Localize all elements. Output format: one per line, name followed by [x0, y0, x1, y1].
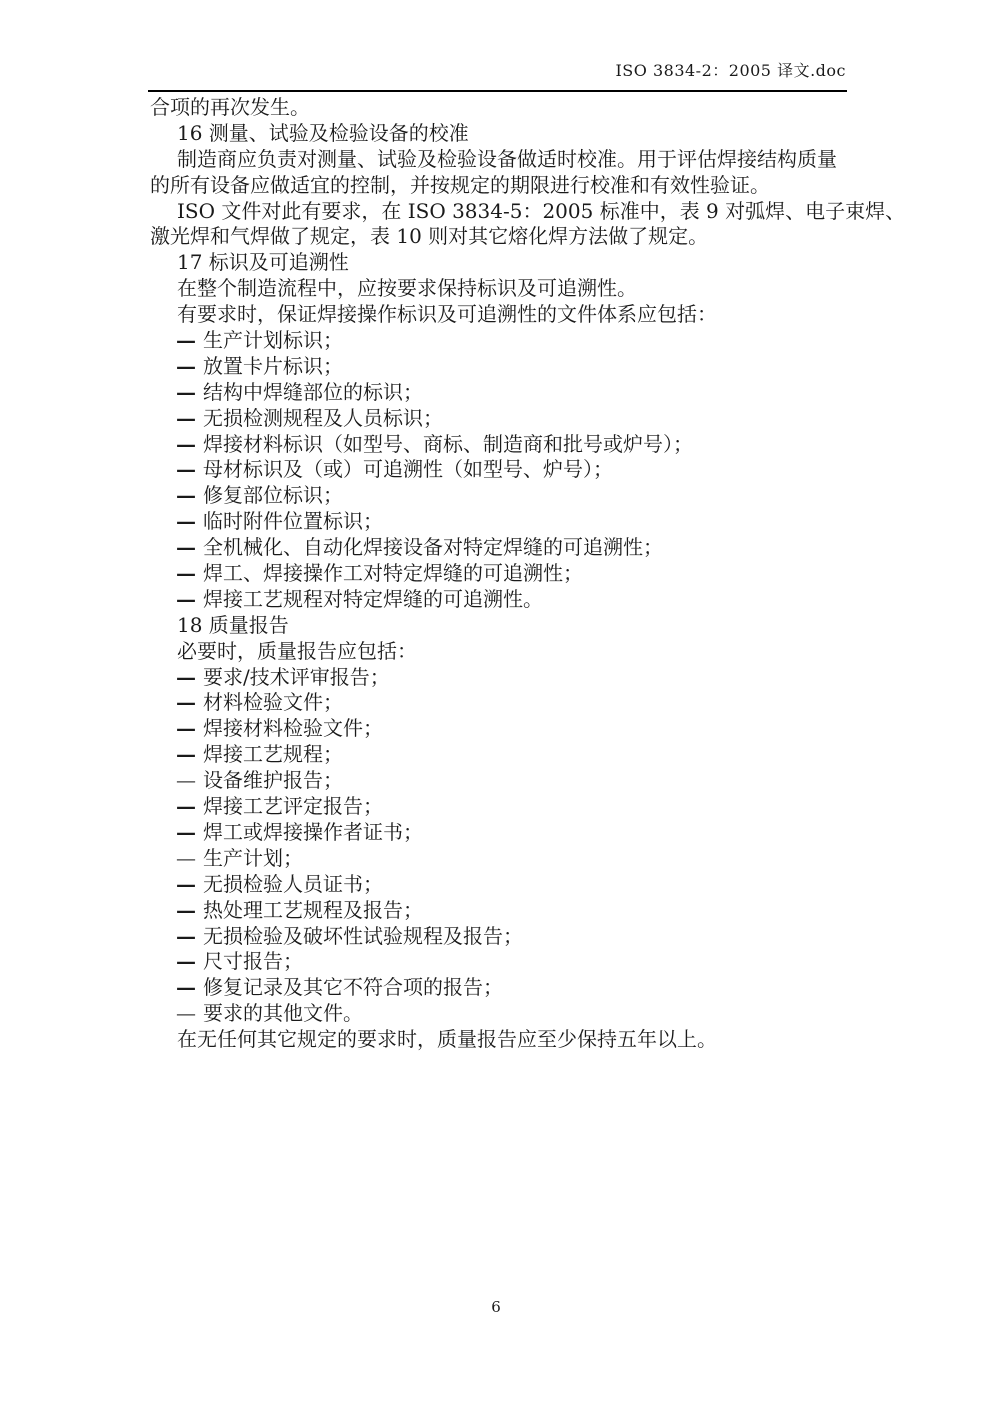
bullet-text: 热处理工艺规程及报告；	[203, 898, 423, 922]
bullet-text: 生产计划；	[203, 846, 303, 870]
bullet-dash: —	[176, 1001, 196, 1027]
bullet-dash: —	[176, 846, 196, 872]
document-page: ISO 3834-2：2005 译文.doc 合项的再次发生。16 测量、试验及…	[0, 0, 992, 1403]
text-line: 必要时，质量报告应包括：	[150, 639, 862, 665]
bullet-dash: —	[176, 561, 196, 587]
bullet-line: —设备维护报告；	[150, 768, 862, 794]
bullet-line: —无损检验及破坏性试验规程及报告；	[150, 924, 862, 950]
bullet-dash: —	[176, 328, 196, 354]
bullet-dash: —	[176, 924, 196, 950]
bullet-dash: —	[176, 483, 196, 509]
bullet-line: —尺寸报告；	[150, 949, 862, 975]
bullet-line: —修复记录及其它不符合项的报告；	[150, 975, 862, 1001]
bullet-text: 焊接工艺评定报告；	[203, 794, 383, 818]
bullet-text: 焊接工艺规程；	[203, 742, 343, 766]
page-header-doc-title: ISO 3834-2：2005 译文.doc	[148, 61, 846, 81]
bullet-text: 设备维护报告；	[203, 768, 343, 792]
bullet-line: —生产计划标识；	[150, 328, 862, 354]
bullet-dash: —	[176, 354, 196, 380]
bullet-text: 全机械化、自动化焊接设备对特定焊缝的可追溯性；	[203, 535, 663, 559]
bullet-line: —要求的其他文件。	[150, 1001, 862, 1027]
bullet-dash: —	[176, 535, 196, 561]
bullet-line: —修复部位标识；	[150, 483, 862, 509]
bullet-text: 焊接工艺规程对特定焊缝的可追溯性。	[203, 587, 543, 611]
document-body: 合项的再次发生。16 测量、试验及检验设备的校准制造商应负责对测量、试验及检验设…	[150, 95, 862, 1053]
bullet-dash: —	[176, 716, 196, 742]
bullet-dash: —	[176, 406, 196, 432]
header-rule	[148, 90, 847, 92]
bullet-line: —焊工或焊接操作者证书；	[150, 820, 862, 846]
bullet-dash: —	[176, 665, 196, 691]
bullet-text: 尺寸报告；	[203, 949, 303, 973]
page-number: 6	[0, 1297, 992, 1317]
bullet-text: 修复部位标识；	[203, 483, 343, 507]
bullet-dash: —	[176, 457, 196, 483]
bullet-text: 要求的其他文件。	[203, 1001, 363, 1025]
text-line: 有要求时，保证焊接操作标识及可追溯性的文件体系应包括：	[150, 302, 862, 328]
section-heading: 17 标识及可追溯性	[150, 250, 862, 276]
bullet-text: 材料检验文件；	[203, 690, 343, 714]
bullet-dash: —	[176, 768, 196, 794]
bullet-dash: —	[176, 975, 196, 1001]
text-line: 制造商应负责对测量、试验及检验设备做适时校准。用于评估焊接结构质量	[150, 147, 862, 173]
bullet-line: —放置卡片标识；	[150, 354, 862, 380]
bullet-text: 无损检测规程及人员标识；	[203, 406, 443, 430]
text-line: 激光焊和气焊做了规定，表 10 则对其它熔化焊方法做了规定。	[150, 224, 862, 250]
bullet-text: 无损检验人员证书；	[203, 872, 383, 896]
bullet-line: —材料检验文件；	[150, 690, 862, 716]
bullet-line: —生产计划；	[150, 846, 862, 872]
bullet-line: —焊接材料标识（如型号、商标、制造商和批号或炉号）；	[150, 432, 862, 458]
bullet-dash: —	[176, 690, 196, 716]
bullet-text: 焊工或焊接操作者证书；	[203, 820, 423, 844]
bullet-dash: —	[176, 742, 196, 768]
bullet-dash: —	[176, 380, 196, 406]
section-heading: 16 测量、试验及检验设备的校准	[150, 121, 862, 147]
bullet-dash: —	[176, 820, 196, 846]
bullet-line: —临时附件位置标识；	[150, 509, 862, 535]
bullet-line: —母材标识及（或）可追溯性（如型号、炉号）；	[150, 457, 862, 483]
bullet-text: 修复记录及其它不符合项的报告；	[203, 975, 503, 999]
bullet-line: —焊接工艺规程对特定焊缝的可追溯性。	[150, 587, 862, 613]
bullet-text: 无损检验及破坏性试验规程及报告；	[203, 924, 523, 948]
bullet-line: —热处理工艺规程及报告；	[150, 898, 862, 924]
bullet-line: —焊接工艺评定报告；	[150, 794, 862, 820]
bullet-text: 要求/技术评审报告；	[203, 665, 390, 689]
bullet-dash: —	[176, 587, 196, 613]
text-line: 在无任何其它规定的要求时，质量报告应至少保持五年以上。	[150, 1027, 862, 1053]
text-line: 的所有设备应做适宜的控制，并按规定的期限进行校准和有效性验证。	[150, 173, 862, 199]
bullet-text: 结构中焊缝部位的标识；	[203, 380, 423, 404]
bullet-text: 焊接材料标识（如型号、商标、制造商和批号或炉号）；	[203, 432, 693, 456]
bullet-line: —焊接工艺规程；	[150, 742, 862, 768]
bullet-line: —结构中焊缝部位的标识；	[150, 380, 862, 406]
bullet-line: —全机械化、自动化焊接设备对特定焊缝的可追溯性；	[150, 535, 862, 561]
bullet-dash: —	[176, 794, 196, 820]
bullet-dash: —	[176, 509, 196, 535]
bullet-line: —无损检验人员证书；	[150, 872, 862, 898]
bullet-text: 临时附件位置标识；	[203, 509, 383, 533]
bullet-dash: —	[176, 872, 196, 898]
bullet-line: —焊工、焊接操作工对特定焊缝的可追溯性；	[150, 561, 862, 587]
bullet-text: 母材标识及（或）可追溯性（如型号、炉号）；	[203, 457, 613, 481]
bullet-dash: —	[176, 898, 196, 924]
text-line: ISO 文件对此有要求，在 ISO 3834-5：2005 标准中，表 9 对弧…	[150, 199, 862, 225]
bullet-text: 焊接材料检验文件；	[203, 716, 383, 740]
bullet-line: —要求/技术评审报告；	[150, 665, 862, 691]
bullet-dash: —	[176, 949, 196, 975]
bullet-line: —焊接材料检验文件；	[150, 716, 862, 742]
text-line: 合项的再次发生。	[150, 95, 862, 121]
bullet-dash: —	[176, 432, 196, 458]
bullet-text: 生产计划标识；	[203, 328, 343, 352]
text-line: 在整个制造流程中，应按要求保持标识及可追溯性。	[150, 276, 862, 302]
bullet-text: 焊工、焊接操作工对特定焊缝的可追溯性；	[203, 561, 583, 585]
bullet-line: —无损检测规程及人员标识；	[150, 406, 862, 432]
bullet-text: 放置卡片标识；	[203, 354, 343, 378]
section-heading: 18 质量报告	[150, 613, 862, 639]
